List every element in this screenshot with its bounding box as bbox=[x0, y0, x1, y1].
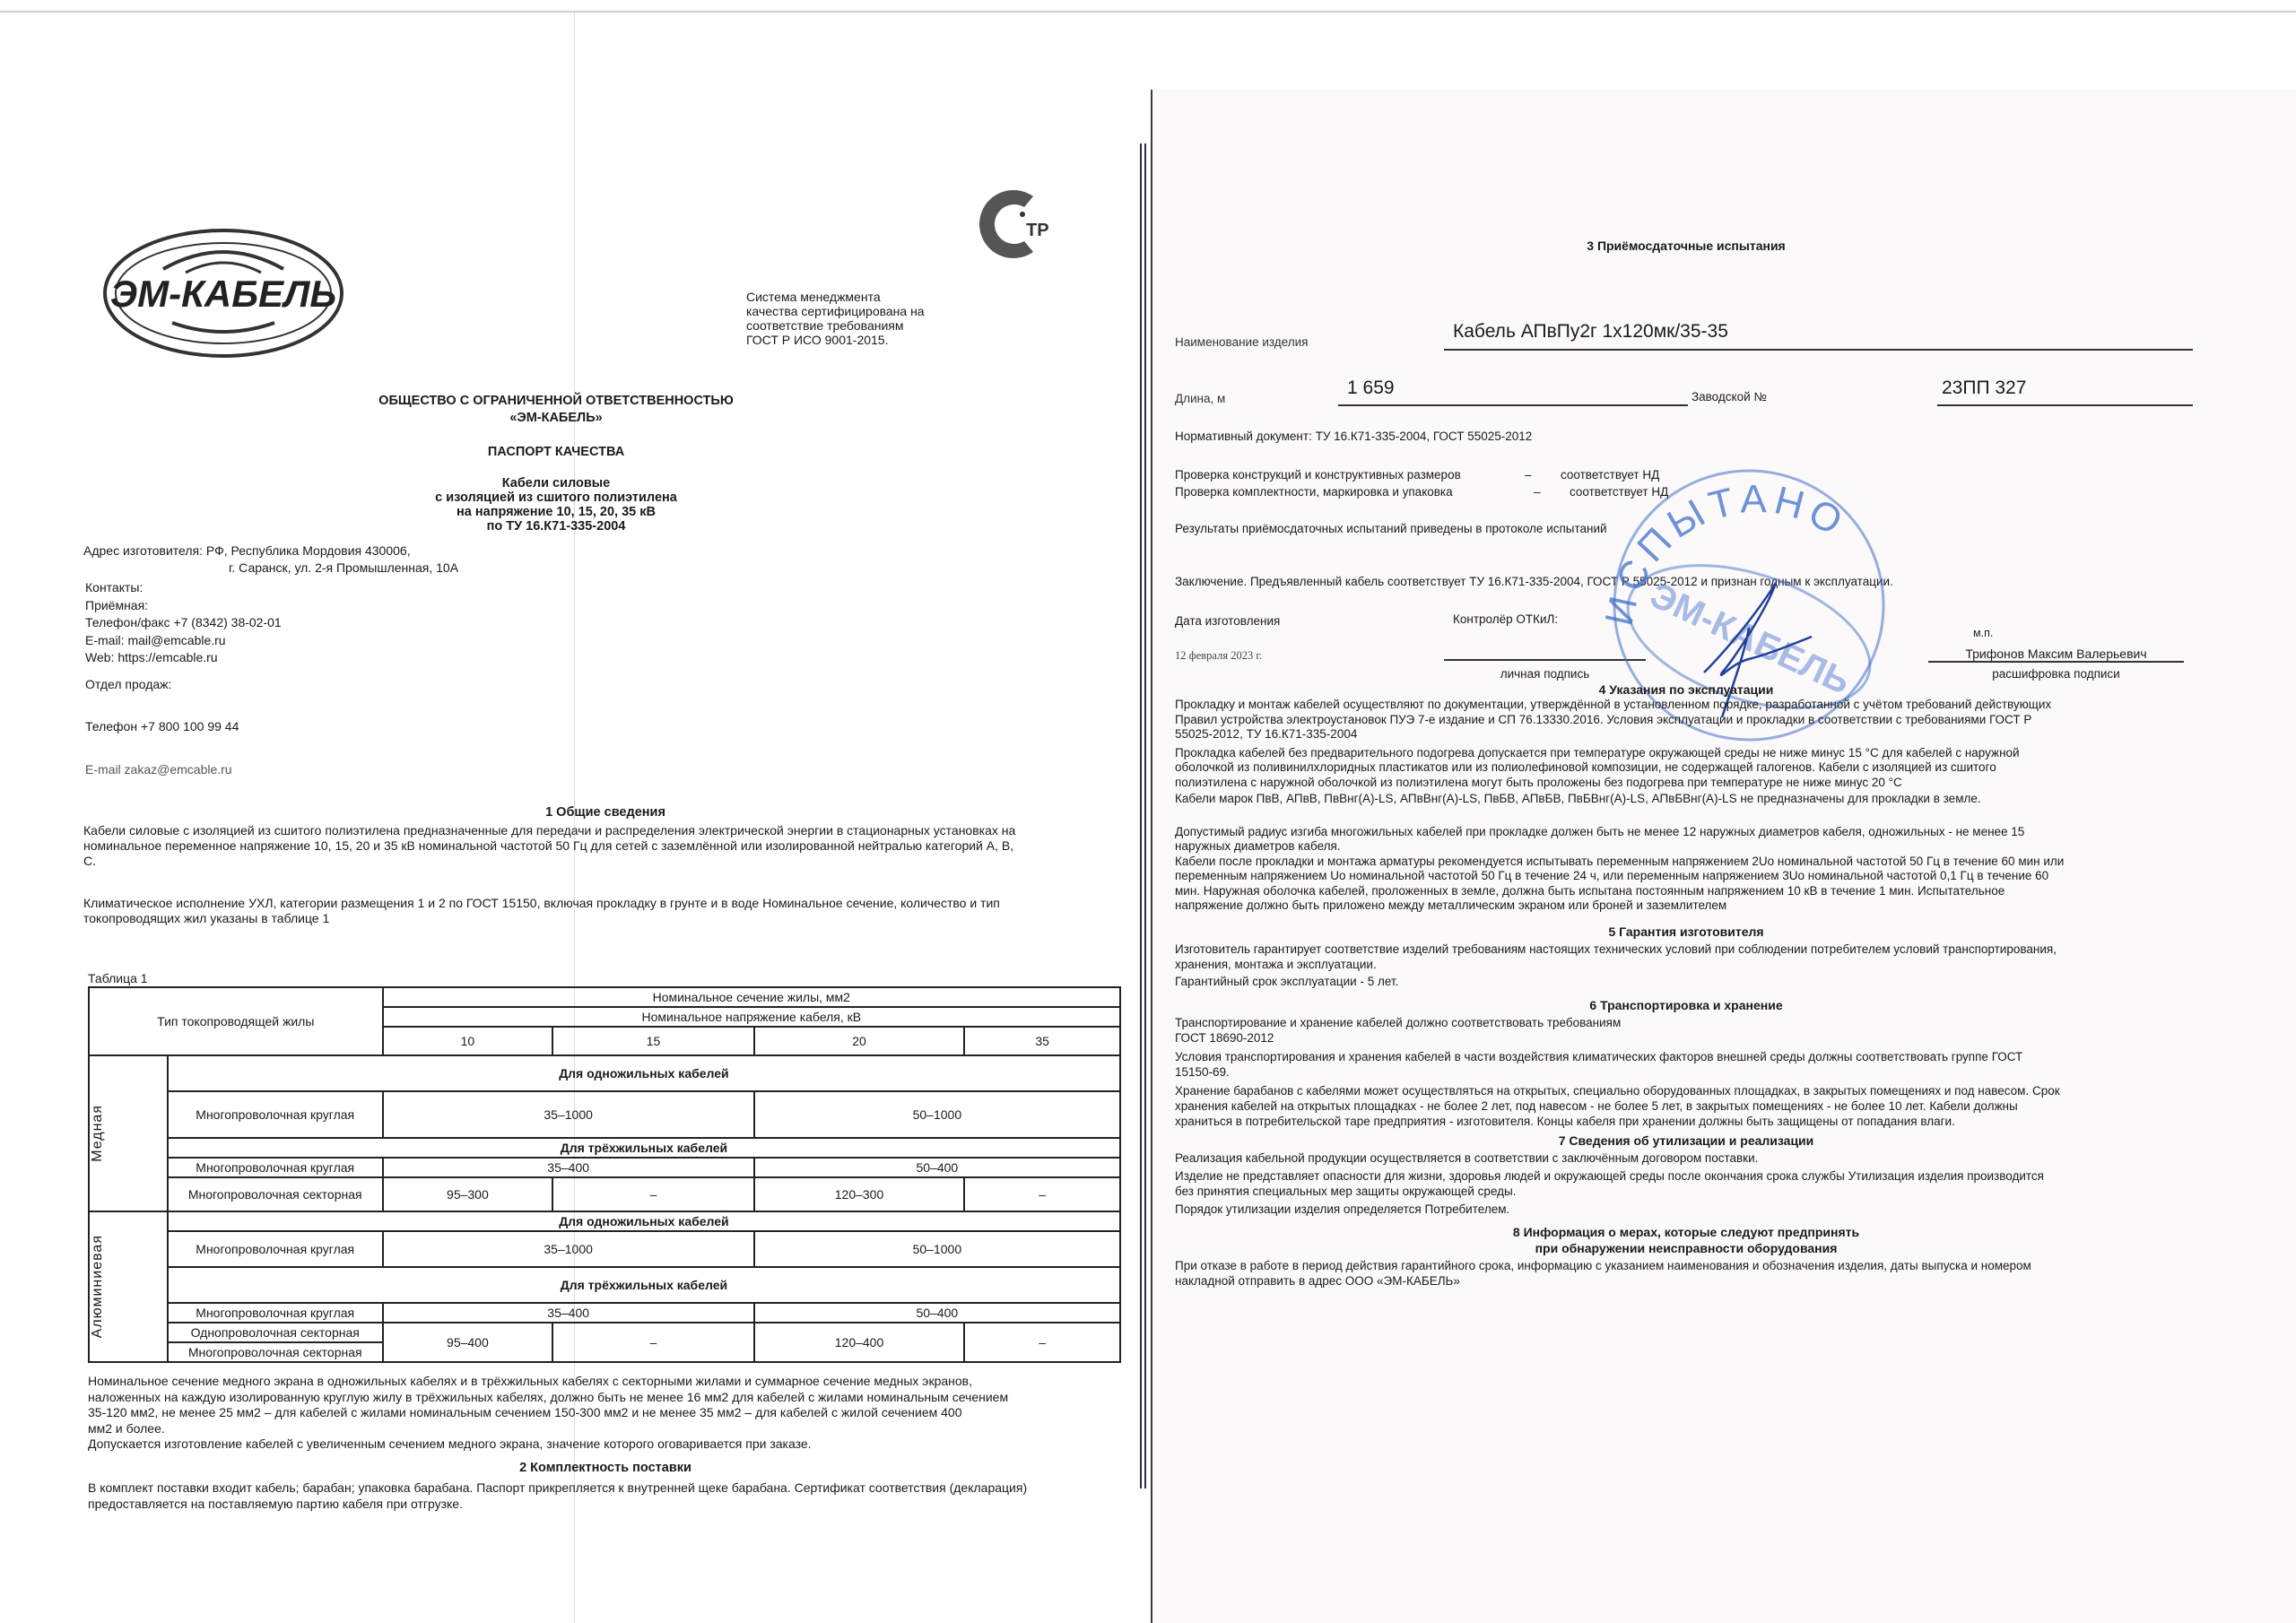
voltage-10: 10 bbox=[383, 1027, 553, 1055]
copper-single-title: Для одножильных кабелей bbox=[168, 1055, 1120, 1091]
signature-caption: личная подпись bbox=[1444, 665, 1646, 682]
section-3-title: 3 Приёмосдаточные испытания bbox=[1157, 238, 2215, 255]
length-label: Длина, м bbox=[1175, 390, 1225, 407]
eac-tr-cert-icon: ТР bbox=[969, 184, 1058, 265]
table-row: Многопроволочная круглая 35–1000 50–1000 bbox=[89, 1231, 1120, 1267]
checks-list: Проверка конструкций и конструктивных ра… bbox=[1175, 466, 1668, 500]
serial-value: 23ПП 327 bbox=[1942, 379, 2026, 396]
screen-note: Номинальное сечение медного экрана в одн… bbox=[88, 1374, 1008, 1453]
voltage-15: 15 bbox=[552, 1027, 754, 1055]
section-1-text: Кабели силовые с изоляцией из сшитого по… bbox=[83, 823, 1015, 926]
section-6-title: 6 Транспортировка и хранение bbox=[1157, 997, 2215, 1014]
qms-note: Система менеджмента качества сертифициро… bbox=[746, 290, 925, 347]
table-row: Многопроволочная круглая 35–1000 50–1000 bbox=[89, 1091, 1120, 1138]
serial-label: Заводской № bbox=[1692, 388, 1767, 405]
manufacture-date-label: Дата изготовления bbox=[1175, 612, 1280, 629]
check-item: Проверка комплектности, маркировка и упа… bbox=[1175, 483, 1668, 500]
section-1-title: 1 Общие сведения bbox=[81, 804, 1130, 821]
section-2-title: 2 Комплектность поставки bbox=[81, 1460, 1130, 1477]
company-name: ОБЩЕСТВО С ОГРАНИЧЕННОЙ ОТВЕТСТВЕННОСТЬЮ… bbox=[269, 393, 843, 427]
manufacture-date-value: 12 февраля 2023 г. bbox=[1175, 647, 1262, 664]
manufacturer-address: Адрес изготовителя: РФ, Республика Мордо… bbox=[83, 542, 458, 577]
section-2-text: В комплект поставки входит кабель; бараб… bbox=[88, 1480, 1027, 1512]
section-7-text: Реализация кабельной продукции осуществл… bbox=[1175, 1150, 2044, 1217]
header-section: Номинальное сечение жилы, мм2 bbox=[383, 987, 1120, 1007]
section-4-text: Прокладку и монтаж кабелей осуществляют … bbox=[1175, 698, 2206, 914]
table-row: Многопроволочная круглая 35–400 50–400 bbox=[89, 1158, 1120, 1177]
signer-caption: расшифровка подписи bbox=[1928, 665, 2184, 682]
serial-underline bbox=[1937, 404, 2193, 406]
aluminium-single-title: Для одножильных кабелей bbox=[168, 1211, 1120, 1231]
svg-text:ТР: ТР bbox=[1026, 221, 1049, 240]
signature-line bbox=[1444, 659, 1646, 661]
signer-line bbox=[1928, 661, 2184, 663]
section-4-title: 4 Указания по эксплуатации bbox=[1157, 681, 2215, 699]
results-note: Результаты приёмосдаточных испытаний при… bbox=[1175, 520, 1607, 537]
table-caption: Таблица 1 bbox=[88, 970, 148, 987]
section-5-title: 5 Гарантия изготовителя bbox=[1157, 924, 2215, 941]
aluminium-label: Алюминиевая bbox=[90, 1235, 106, 1338]
conclusion: Заключение. Предъявленный кабель соответ… bbox=[1175, 573, 1893, 590]
product-name-underline bbox=[1444, 349, 2193, 351]
section-8-text: При отказе в работе в период действия га… bbox=[1175, 1258, 2031, 1289]
product-description: Кабели силовые с изоляцией из сшитого по… bbox=[269, 476, 843, 534]
header-type: Тип токопроводящей жилы bbox=[89, 987, 383, 1055]
product-name-value: Кабель АПвПу2г 1х120мк/35-35 bbox=[1453, 323, 1728, 340]
table-row: Многопроволочная секторная 95–300 – 120–… bbox=[89, 1177, 1120, 1211]
seal-label: м.п. bbox=[1973, 625, 1993, 642]
check-item: Проверка конструкций и конструктивных ра… bbox=[1175, 466, 1668, 483]
logo-text: ЭМ-КАБЕЛЬ bbox=[110, 273, 336, 315]
normative-doc: Нормативный документ: ТУ 16.К71-335-2004… bbox=[1175, 428, 1532, 445]
section-8-title: 8 Информация о мерах, которые следуют пр… bbox=[1157, 1224, 2215, 1256]
cable-section-table: Тип токопроводящей жилы Номинальное сече… bbox=[88, 986, 1121, 1363]
aluminium-three-title: Для трёхжильных кабелей bbox=[168, 1267, 1120, 1303]
table-row: Многопроволочная круглая 35–400 50–400 bbox=[89, 1303, 1120, 1323]
section-6-text: Транспортирование и хранение кабелей дол… bbox=[1175, 1015, 2060, 1129]
length-value: 1 659 bbox=[1347, 379, 1395, 396]
em-kabel-logo: ЭМ-КАБЕЛЬ bbox=[100, 226, 347, 360]
section-5-text: Изготовитель гарантирует соответствие из… bbox=[1175, 942, 2057, 989]
contacts-block: Контакты: Приёмная: Телефон/факс +7 (834… bbox=[85, 579, 282, 778]
product-name-label: Наименование изделия bbox=[1175, 334, 1308, 351]
voltage-20: 20 bbox=[754, 1027, 965, 1055]
table-row: Однопроволочная секторная 95–400 – 120–4… bbox=[89, 1323, 1120, 1342]
copper-three-title: Для трёхжильных кабелей bbox=[168, 1138, 1120, 1158]
controller-label: Контролёр ОТКиЛ: bbox=[1453, 611, 1558, 628]
section-7-title: 7 Сведения об утилизации и реализации bbox=[1157, 1133, 2215, 1150]
header-voltage: Номинальное напряжение кабеля, кВ bbox=[383, 1007, 1120, 1027]
copper-label: Медная bbox=[90, 1105, 106, 1162]
length-underline bbox=[1338, 404, 1688, 406]
voltage-35: 35 bbox=[964, 1027, 1120, 1055]
doc-title: ПАСПОРТ КАЧЕСТВА bbox=[269, 444, 843, 461]
